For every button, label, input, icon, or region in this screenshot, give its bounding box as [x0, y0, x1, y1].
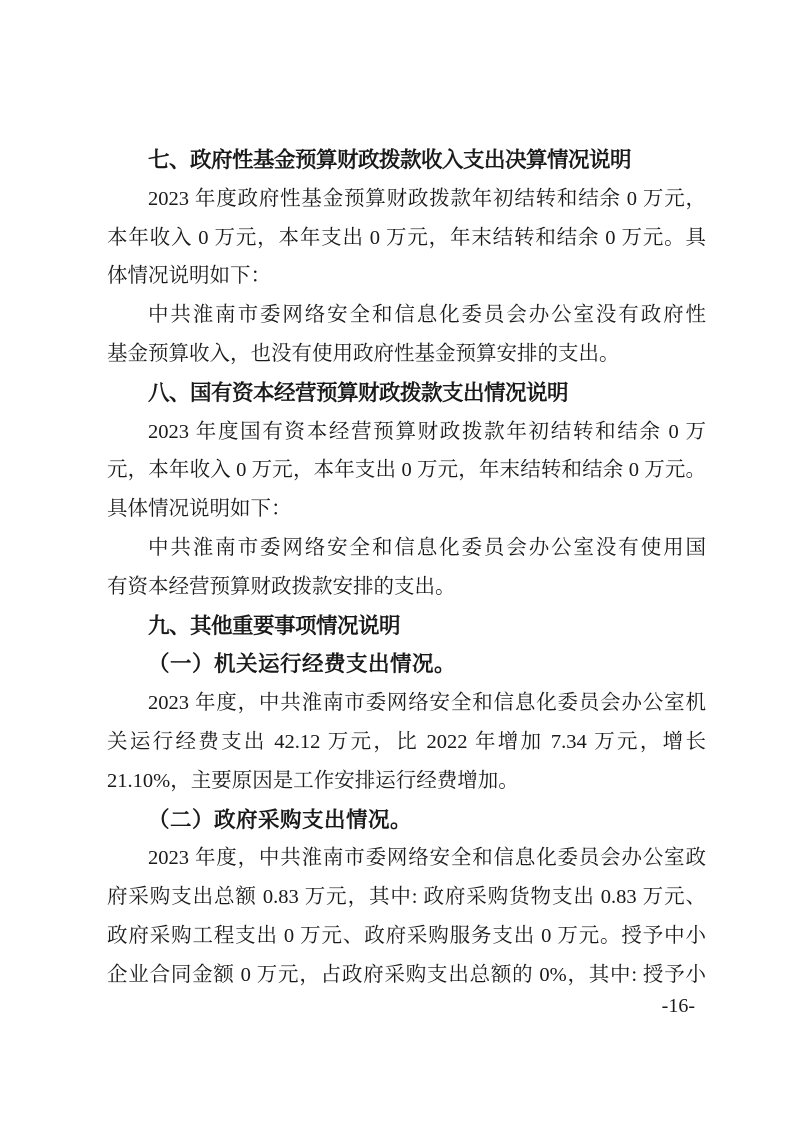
paragraph-line: 2023 年度政府性基金预算财政拨款年初结转和结余 0 万元， — [107, 180, 706, 219]
document-content: 七、政府性基金预算财政拨款收入支出决算情况说明2023 年度政府性基金预算财政拨… — [107, 141, 706, 995]
paragraph-line: 基金预算收入，也没有使用政府性基金预算安排的支出。 — [107, 335, 706, 374]
paragraph-line: 2023 年度国有资本经营预算财政拨款年初结转和结余 0 万 — [107, 413, 706, 452]
paragraph-line: 2023 年度，中共淮南市委网络安全和信息化委员会办公室机 — [107, 684, 706, 723]
subsection-heading-line: （二）政府采购支出情况。 — [107, 801, 706, 840]
paragraph-line: 21.10%，主要原因是工作安排运行经费增加。 — [107, 762, 706, 801]
paragraph-line: 中共淮南市委网络安全和信息化委员会办公室没有政府性 — [107, 296, 706, 335]
paragraph-line: 中共淮南市委网络安全和信息化委员会办公室没有使用国 — [107, 529, 706, 568]
paragraph-line: 具体情况说明如下： — [107, 490, 706, 529]
paragraph-line: 2023 年度，中共淮南市委网络安全和信息化委员会办公室政 — [107, 839, 706, 878]
paragraph-line: 本年收入 0 万元，本年支出 0 万元，年末结转和结余 0 万元。具 — [107, 219, 706, 258]
section-heading-line: 七、政府性基金预算财政拨款收入支出决算情况说明 — [107, 141, 706, 180]
subsection-heading-line: （一）机关运行经费支出情况。 — [107, 645, 706, 684]
paragraph-line: 有资本经营预算财政拨款安排的支出。 — [107, 568, 706, 607]
paragraph-line: 政府采购工程支出 0 万元、政府采购服务支出 0 万元。授予中小 — [107, 917, 706, 956]
paragraph-line: 府采购支出总额 0.83 万元，其中: 政府采购货物支出 0.83 万元、 — [107, 878, 706, 917]
paragraph-line: 体情况说明如下： — [107, 257, 706, 296]
paragraph-line: 元，本年收入 0 万元，本年支出 0 万元，年末结转和结余 0 万元。 — [107, 451, 706, 490]
section-heading-line: 八、国有资本经营预算财政拨款支出情况说明 — [107, 374, 706, 413]
document-page: 七、政府性基金预算财政拨款收入支出决算情况说明2023 年度政府性基金预算财政拨… — [0, 0, 793, 1122]
paragraph-line: 企业合同金额 0 万元，占政府采购支出总额的 0%，其中: 授予小 — [107, 956, 706, 995]
section-heading-line: 九、其他重要事项情况说明 — [107, 607, 706, 646]
paragraph-line: 关运行经费支出 42.12 万元，比 2022 年增加 7.34 万元，增长 — [107, 723, 706, 762]
page-number: -16- — [662, 994, 695, 1018]
